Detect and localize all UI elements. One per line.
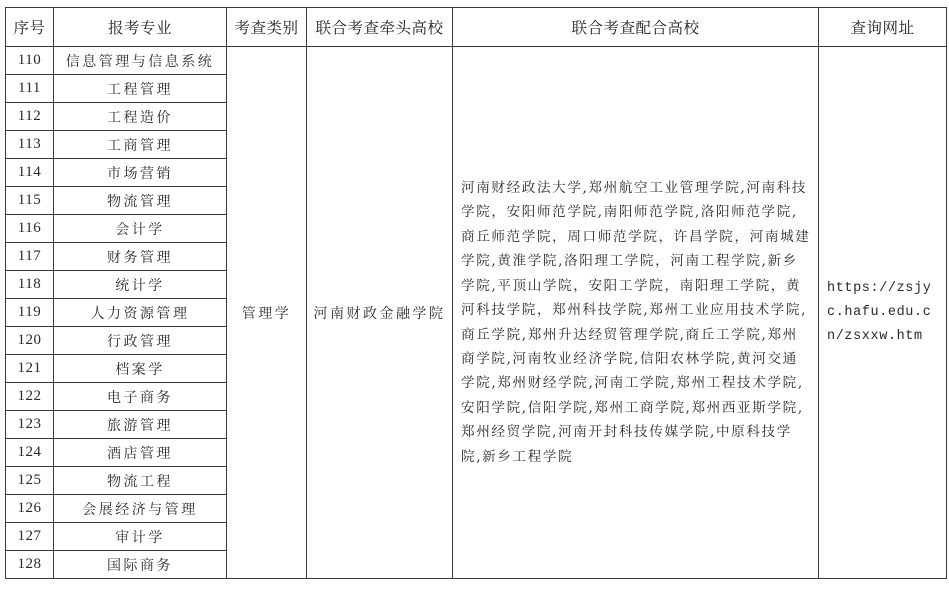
major-cell: 人力资源管理 [54, 299, 227, 327]
header-lead-school: 联合考查牵头高校 [307, 8, 453, 47]
header-category: 考查类别 [227, 8, 307, 47]
seq-cell: 115 [6, 187, 54, 215]
major-cell: 审计学 [54, 523, 227, 551]
major-cell: 行政管理 [54, 327, 227, 355]
seq-cell: 127 [6, 523, 54, 551]
major-cell: 工程管理 [54, 75, 227, 103]
seq-cell: 114 [6, 159, 54, 187]
seq-cell: 119 [6, 299, 54, 327]
major-cell: 国际商务 [54, 551, 227, 579]
header-partner-schools: 联合考查配合高校 [453, 8, 819, 47]
header-row: 序号 报考专业 考查类别 联合考查牵头高校 联合考查配合高校 查询网址 [6, 8, 947, 47]
url-cell: https://zsjyc.hafu.edu.cn/zsxxw.htm [819, 47, 947, 579]
seq-cell: 118 [6, 271, 54, 299]
major-cell: 会展经济与管理 [54, 495, 227, 523]
seq-cell: 125 [6, 467, 54, 495]
major-cell: 旅游管理 [54, 411, 227, 439]
seq-cell: 126 [6, 495, 54, 523]
major-cell: 物流管理 [54, 187, 227, 215]
table-row: 110 信息管理与信息系统 管理学 河南财政金融学院 河南财经政法大学,郑州航空… [6, 47, 947, 75]
admissions-table: 序号 报考专业 考查类别 联合考查牵头高校 联合考查配合高校 查询网址 110 … [5, 7, 947, 579]
seq-cell: 120 [6, 327, 54, 355]
seq-cell: 112 [6, 103, 54, 131]
major-cell: 工程造价 [54, 103, 227, 131]
major-cell: 酒店管理 [54, 439, 227, 467]
major-cell: 统计学 [54, 271, 227, 299]
major-cell: 物流工程 [54, 467, 227, 495]
seq-cell: 113 [6, 131, 54, 159]
major-cell: 市场营销 [54, 159, 227, 187]
seq-cell: 117 [6, 243, 54, 271]
seq-cell: 110 [6, 47, 54, 75]
major-cell: 会计学 [54, 215, 227, 243]
seq-cell: 111 [6, 75, 54, 103]
lead-school-cell: 河南财政金融学院 [307, 47, 453, 579]
partner-schools-cell: 河南财经政法大学,郑州航空工业管理学院,河南科技学院，安阳师范学院,南阳师范学院… [453, 47, 819, 579]
major-cell: 档案学 [54, 355, 227, 383]
seq-cell: 124 [6, 439, 54, 467]
seq-cell: 123 [6, 411, 54, 439]
seq-cell: 121 [6, 355, 54, 383]
major-cell: 电子商务 [54, 383, 227, 411]
major-cell: 工商管理 [54, 131, 227, 159]
partner-schools-text: 河南财经政法大学,郑州航空工业管理学院,河南科技学院，安阳师范学院,南阳师范学院… [461, 156, 812, 469]
seq-cell: 128 [6, 551, 54, 579]
major-cell: 财务管理 [54, 243, 227, 271]
header-seq: 序号 [6, 8, 54, 47]
header-url: 查询网址 [819, 8, 947, 47]
category-cell: 管理学 [227, 47, 307, 579]
seq-cell: 116 [6, 215, 54, 243]
major-cell: 信息管理与信息系统 [54, 47, 227, 75]
query-url-link[interactable]: https://zsjyc.hafu.edu.cn/zsxxw.htm [827, 281, 931, 344]
header-major: 报考专业 [54, 8, 227, 47]
seq-cell: 122 [6, 383, 54, 411]
